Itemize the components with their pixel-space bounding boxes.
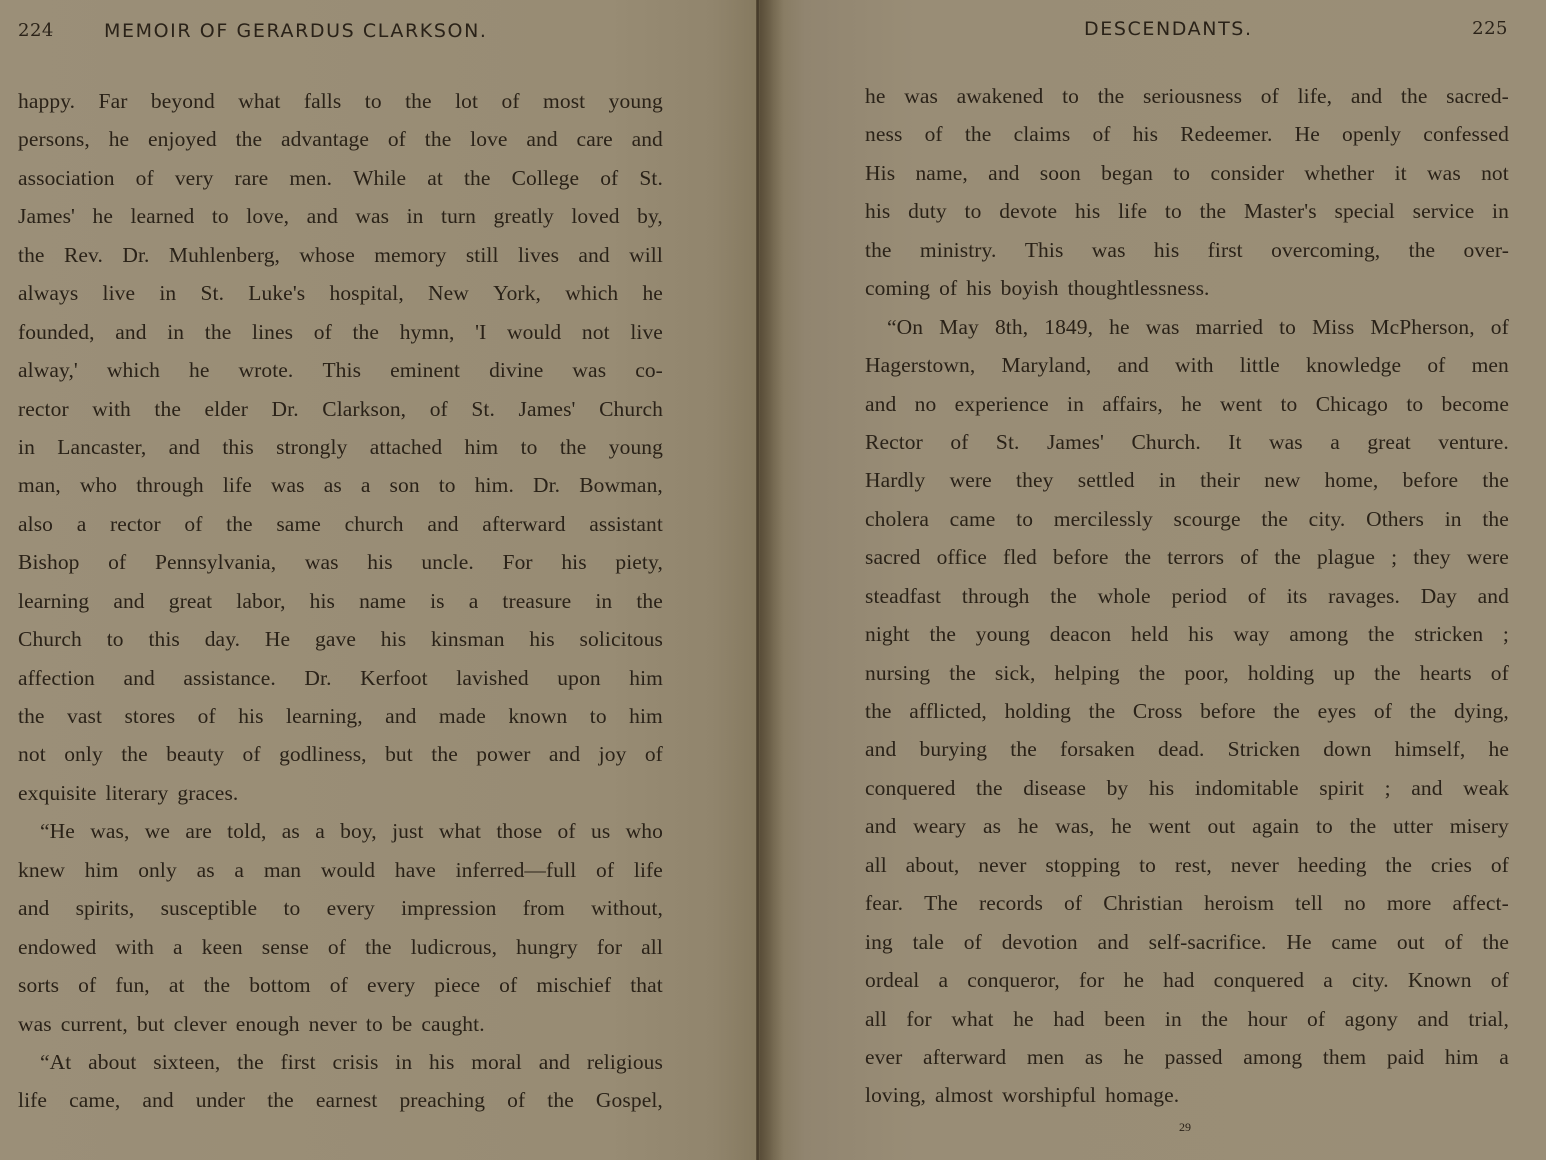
text-line: fear.TherecordsofChristianheroismtellnom… xyxy=(865,888,1509,926)
text-line: nighttheyoungdeaconheldhiswayamongthestr… xyxy=(865,619,1509,657)
text-line: sortsoffun,atthebottomofeverypieceofmisc… xyxy=(18,970,663,1008)
text-line: steadfastthroughthewholeperiodofitsravag… xyxy=(865,581,1509,619)
text-line: hisdutytodevotehislifetotheMaster'sspeci… xyxy=(865,196,1509,234)
text-line: everafterwardmenashepassedamongthempaidh… xyxy=(865,1042,1509,1080)
text-line: learningandgreatlabor,hisnameisatreasure… xyxy=(18,586,663,624)
running-head: MEMOIR OF GERARDUS CLARKSON. xyxy=(104,20,488,48)
text-line: endowedwithakeensenseoftheludicrous,hung… xyxy=(18,932,663,970)
text-line: persons,heenjoyedtheadvantageofthelovean… xyxy=(18,124,663,162)
left-page: 224 MEMOIR OF GERARDUS CLARKSON. happy.F… xyxy=(0,0,758,1160)
text-line: Hagerstown,Maryland,andwithlittleknowled… xyxy=(865,350,1509,388)
book-spread: 224 MEMOIR OF GERARDUS CLARKSON. happy.F… xyxy=(0,0,1546,1160)
text-line: theministry.Thiswashisfirstovercoming,th… xyxy=(865,235,1509,273)
text-line: alwaysliveinSt.Luke'shospital,NewYork,wh… xyxy=(18,278,663,316)
text-line: “OnMay8th,1849,hewasmarriedtoMissMcPhers… xyxy=(865,312,1509,350)
text-line: allforwhathehadbeeninthehourofagonyandtr… xyxy=(865,1004,1509,1042)
text-line: andburyingtheforsakendead.Strickendownhi… xyxy=(865,734,1509,772)
text-line: Hisname,andsoonbegantoconsiderwhetheritw… xyxy=(865,158,1509,196)
text-line: founded,andinthelinesofthehymn,'Iwouldno… xyxy=(18,317,663,355)
text-line: thevaststoresofhislearning,andmadeknownt… xyxy=(18,701,663,739)
text-line: inLancaster,andthisstronglyattachedhimto… xyxy=(18,432,663,470)
text-line: notonlythebeautyofgodliness,butthepowera… xyxy=(18,739,663,777)
text-line: andspirits,susceptibletoeveryimpressionf… xyxy=(18,893,663,931)
text-line: alway,'whichhewrote.Thiseminentdivinewas… xyxy=(18,355,663,393)
text-line: allabout,neverstoppingtorest,neverheedin… xyxy=(865,850,1509,888)
text-line: “Hewas,wearetold,asaboy,justwhatthoseofu… xyxy=(18,816,663,854)
text-line: Hardlyweretheysettledintheirnewhome,befo… xyxy=(865,465,1509,503)
text-line: theRev.Dr.Muhlenberg,whosememorystillliv… xyxy=(18,240,663,278)
page-number: 225 xyxy=(1472,18,1508,39)
text-line: comingofhisboyishthoughtlessness. xyxy=(865,273,1509,311)
running-head: DESCENDANTS. xyxy=(1084,18,1253,46)
text-line: rectorwiththeelderDr.Clarkson,ofSt.James… xyxy=(18,394,663,432)
gutter-shadow xyxy=(760,0,784,1160)
text-line: knewhimonlyasamanwouldhaveinferred—fullo… xyxy=(18,855,663,893)
text-line: wascurrent,butcleverenoughnevertobecaugh… xyxy=(18,1009,663,1047)
text-line: happy.Farbeyondwhatfallstothelotofmostyo… xyxy=(18,86,663,124)
text-line: ingtaleofdevotionandself-sacrifice.Hecam… xyxy=(865,927,1509,965)
text-line: conqueredthediseasebyhisindomitablespiri… xyxy=(865,773,1509,811)
text-line: nursingthesick,helpingthepoor,holdingupt… xyxy=(865,658,1509,696)
text-line: Churchtothisday.Hegavehiskinsmanhissolic… xyxy=(18,624,663,662)
text-line: sacredofficefledbeforetheterrorsofthepla… xyxy=(865,542,1509,580)
text-line: andnoexperienceinaffairs,hewenttoChicago… xyxy=(865,389,1509,427)
text-line: exquisiteliterarygraces. xyxy=(18,778,663,816)
text-line: choleracametomercilesslyscourgethecity.O… xyxy=(865,504,1509,542)
text-line: lifecame,andundertheearnestpreachingofth… xyxy=(18,1085,663,1123)
text-line: “Ataboutsixteen,thefirstcrisisinhismoral… xyxy=(18,1047,663,1085)
text-line: associationofveryraremen.WhileattheColle… xyxy=(18,163,663,201)
page-number: 224 xyxy=(18,20,54,41)
text-line: ordealaconqueror,forhehadconqueredacity.… xyxy=(865,965,1509,1003)
text-line: andwearyashewas,hewentoutagaintotheutter… xyxy=(865,811,1509,849)
text-line: theafflicted,holdingtheCrossbeforetheeye… xyxy=(865,696,1509,734)
text-line: man,whothroughlifewasasasontohim.Dr.Bowm… xyxy=(18,470,663,508)
text-line: James'helearnedtolove,andwasinturngreatl… xyxy=(18,201,663,239)
text-line: BishopofPennsylvania,washisuncle.Forhisp… xyxy=(18,547,663,585)
text-line: RectorofSt.James'Church.Itwasagreatventu… xyxy=(865,427,1509,465)
text-line: hewasawakenedtotheseriousnessoflife,andt… xyxy=(865,81,1509,119)
right-page: DESCENDANTS. 225 hewasawakenedtotheserio… xyxy=(758,0,1546,1160)
text-line: nessoftheclaimsofhisRedeemer.Heopenlycon… xyxy=(865,119,1509,157)
body-text: happy.Farbeyondwhatfallstothelotofmostyo… xyxy=(18,86,663,1124)
body-text: hewasawakenedtotheseriousnessoflife,andt… xyxy=(865,81,1509,1119)
signature-mark: 29 xyxy=(1179,1120,1191,1135)
text-line: alsoarectorofthesamechurchandafterwardas… xyxy=(18,509,663,547)
text-line: affectionandassistance.Dr.Kerfootlavishe… xyxy=(18,663,663,701)
text-line: loving,almostworshipfulhomage. xyxy=(865,1080,1509,1118)
